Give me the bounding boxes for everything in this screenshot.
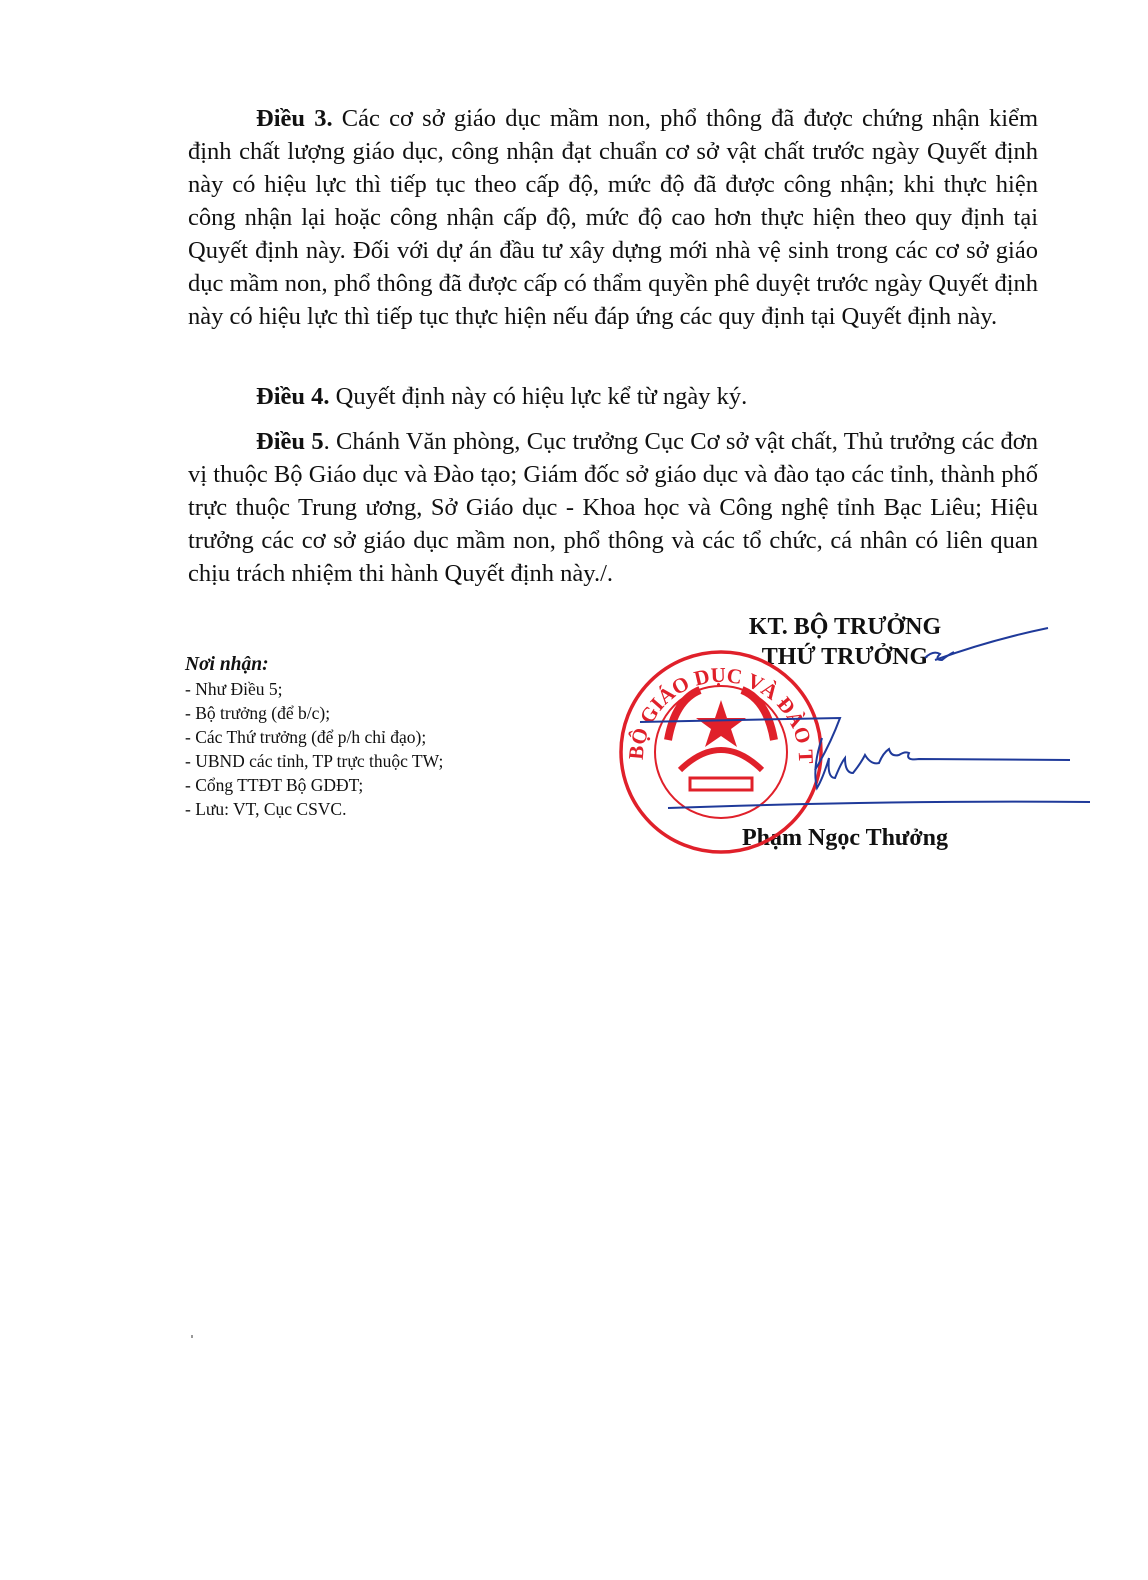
scan-artifact [191, 1335, 193, 1338]
svg-text:BỘ GIÁO DỤC VÀ ĐÀO TẠO: BỘ GIÁO DỤC VÀ ĐÀO TẠO [0, 0, 818, 764]
seal-and-signature: BỘ GIÁO DỤC VÀ ĐÀO TẠO [0, 0, 1148, 1580]
document-page: Điều 3. Các cơ sở giáo dục mầm non, phổ … [0, 0, 1148, 1580]
seal-text: BỘ GIÁO DỤC VÀ ĐÀO TẠO [0, 0, 818, 764]
official-seal-icon: BỘ GIÁO DỤC VÀ ĐÀO TẠO [0, 0, 821, 852]
